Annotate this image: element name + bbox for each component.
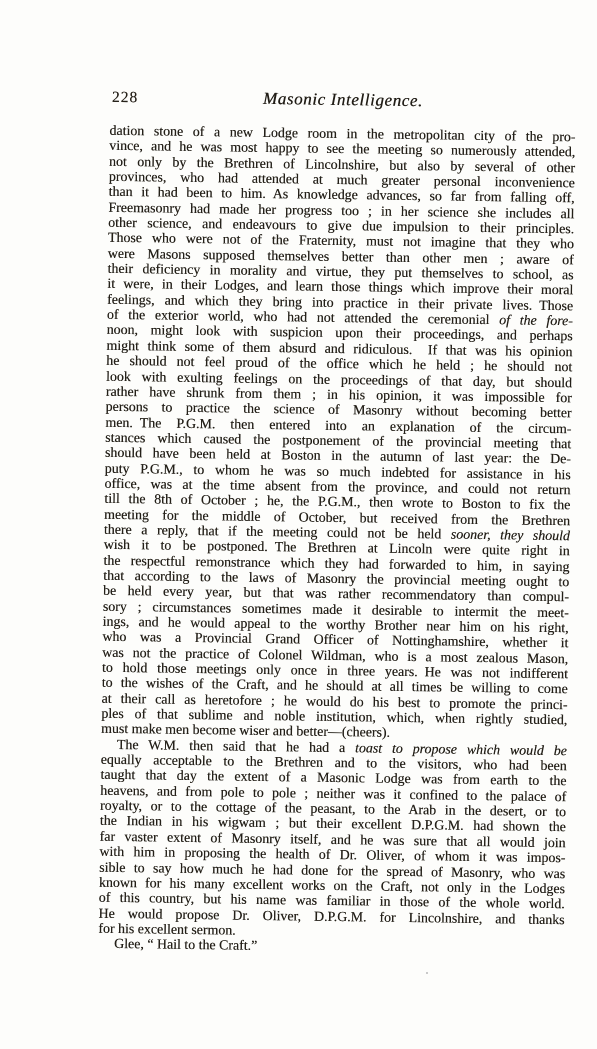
scanned-page: 228 Masonic Intelligence. dation stone o… [0,0,597,1049]
page-header: 228 Masonic Intelligence. [110,87,576,118]
running-title: Masonic Intelligence. [110,87,576,114]
scan-artifact-speck [426,972,428,974]
text-block: dation stone of a new Lodge room in the … [98,124,576,959]
page-content: 228 Masonic Intelligence. dation stone o… [98,87,576,959]
